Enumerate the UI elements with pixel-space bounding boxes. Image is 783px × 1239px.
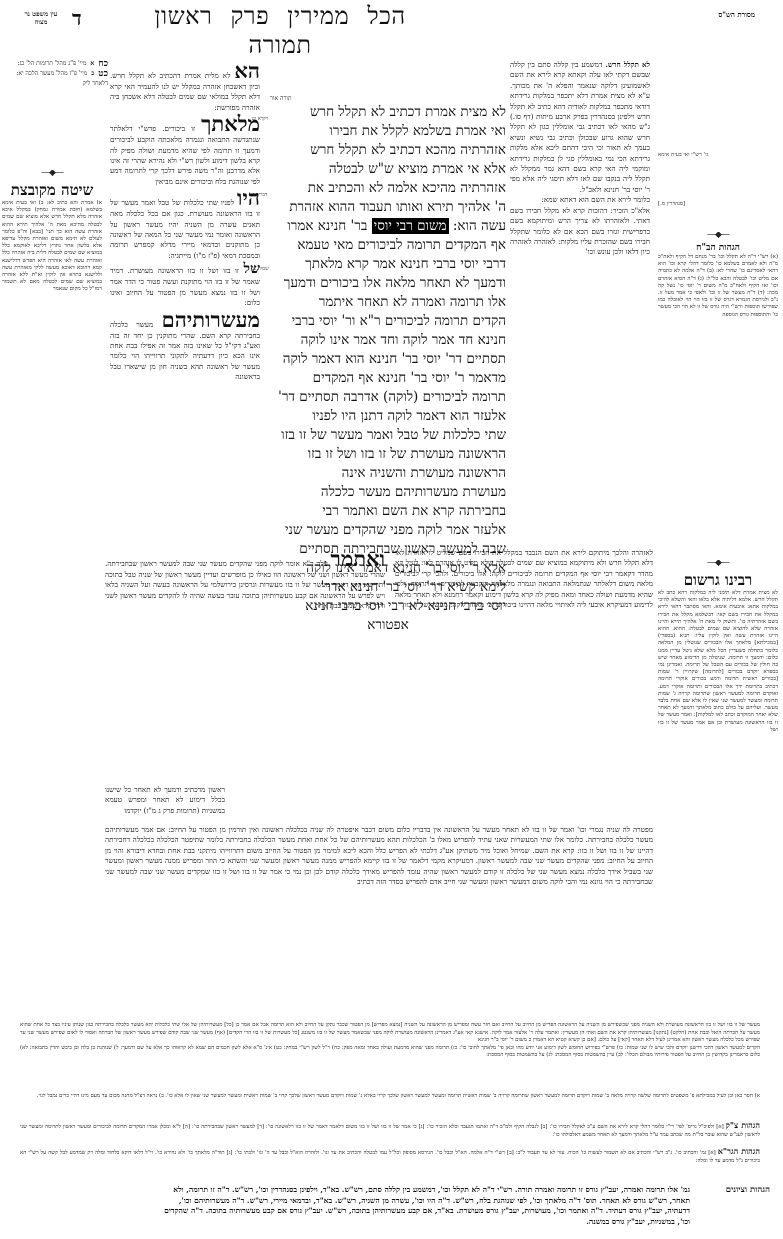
gemara-line: תרומה לביכורים (לוקה) אדרבה תסתיים דר' [270,388,506,407]
page-title: הכל ממירין פרק ראשון תמורה [150,2,410,60]
section-title: רבינו גרשום [658,570,778,590]
gemara-line: שתי כלכלות של טבל ואמר מעשר של זו בזו [270,426,506,445]
highlighted-text[interactable]: משום רבי יוסי [372,218,449,234]
hagahot-line: דדעתיה, יעב"ץ גורס דעתיד. ד"ה ואתמר וכו'… [100,1206,690,1217]
daf-letter: ד [72,6,82,31]
hagahot-gra: הגהות הגר"א [א] גמ' והכתיב כו'. נ"ב רש"י… [20,1148,760,1170]
rashi-column: לא תקלל חרש. דמשמע בין קללה סתם בין קללה… [510,60,650,545]
hagahot-gra-label: הגהות הגר"א [718,1148,760,1156]
masoret-note: גי' רש"י ואי בעית אימא [658,152,768,158]
rashi-wide-continued: מפטרה לה שניה נגמרי וכו' ואמר של זו בזו … [105,825,653,1020]
shita-mekubetzet: —◆— שיטה מקובצת א) אמרת והא כתיב לא: ב) … [2,170,102,540]
gemara-line: דרבי יוסי ברבי חנינא אמר קרא מלאתך [270,255,506,274]
bach-text: (א) רש"י ד"ה לא תקלל וכו' בר' מנחם דל הק… [658,254,778,319]
gemara-line: לא מצית אמרת דכתיב לא תקלל חרש [270,103,506,122]
hagahot-habach: —◆— הגהות הב"ח (א) רש"י ד"ה לא תקלל וכו'… [658,232,778,532]
tosafot-dh: מלאתך [201,111,260,136]
hagahot-tzk-label: הגהות צ"ק [726,1122,760,1130]
hagahot-tzk: הגהות צ"ק [א] ולפיכ"ל גריס' לפי' רי"י כל… [20,1122,760,1142]
tosafot-column: הא לא מלית אמרת דהכתיב לא תקלל חרש. וכיו… [110,60,260,545]
ein-mishpat-header: עין משפט נר מצוה [22,10,60,26]
torah-or-label: תורה אור [270,95,506,103]
tosafot-dh: הא [234,60,260,83]
gemara-line: מדאמר ר' יוסי בר' חנינא אף המקדים [270,369,506,388]
ornament-divider: —◆— [2,170,102,180]
tosafot-dh: מעשרותיהם [162,307,260,332]
gemara-line: אזהרתיה מהכא דכתיב לא תקלל חרש [270,141,506,160]
gemara-line: אלו תרומה ואמרה לא תאחר איתמר [270,293,506,312]
gemara-line: אף המקדים תרומה לביכורים מאי טעמא [270,236,506,255]
gemara-line: אזהרתיה מהיכא אלמה לא והכתיב את [270,179,506,198]
ornament-divider: —◆— [658,560,778,570]
footnotes-block-2: א) חסר כאן וכן לעיל במכילתא פ' משפטים לת… [20,1093,760,1115]
ornament-divider: —◆— [658,232,778,242]
verse-source-note: דברים י [250,192,270,198]
gemara-line: הקדים תרומה לביכורים ר"א ור' יוסי ברבי [270,312,506,331]
verse-source-note: ויקרא יט [250,116,270,122]
ein-mishpat-entry: כח א מיי' פ"ג מהל' תרומות הל' כג: [8,60,108,68]
tosafot-side-note: ראשון מדכתיב ודמעך לא תאחר כל שישנו בכלל… [105,785,225,825]
gershom-text: לא מצית אמרת דלא תימני ליה במלקות דהא כת… [658,590,778,734]
rashi-dh: לא תקלל חרש. [605,60,650,69]
rashi-continued: לאזהרה והלכך מיתוקם לירא את השם הנכבד במ… [395,548,653,788]
section-title: שיטה מקובצת [2,180,102,200]
hagahot-vtziyunim-label: הגהות וציונים [700,1185,770,1196]
masoret-hashas-header: מסורת הש"ס [718,10,755,19]
gemara-line: ודמעך לא תאחר מלאה אלו ביכורים ודמעך [270,274,506,293]
gemara-line: חנינא חד אמר לוקה וחד אמר אינו לוקה [270,331,506,350]
gemara-line: ואי אמרת בשלמא לקלל את חבירו [270,122,506,141]
ein-mishpat-entry: כט ב מיי' פ"ז מהל' מעשר הלכה יא: [8,70,108,78]
verse-source-note: שמות כב [250,266,270,272]
masoret-note: [סנהדרין ס.] [658,201,768,207]
gemara-line: הראשונה מעושרת והשניה אינה [270,464,506,483]
hagahot-line: וכו', במשניות, יעב"ץ גורס במשנה. [100,1217,690,1228]
hagahot-line: תאחר, רש"ש גורס לא תאחר. תוס' ד"ה מלאתך … [100,1196,690,1207]
gemara-line: תסתיים דר' יוסי בר' חנינא הוא דאמר לוקה [270,350,506,369]
gemara-line: עשה הוא: משום רבי יוסי בר' חנינא אמרו [270,217,506,236]
gemara-line: אלא אי אמרת מוציא ש"ש לבטלה [270,160,506,179]
gemara-line: אלעזר אמר לוקה מפני שהקדים מעשר שני [270,521,506,540]
tosafot-dh: ואתמר [331,548,385,571]
section-title: הגהות הב"ח [658,242,778,254]
gemara-line: מעושרת מעשרותיהם מעשר כלכלה [270,483,506,502]
gemara-line: אלעזר הוא דאמר לוקה דתנן היו לפניו [270,407,506,426]
gemara-line: בחבירתה קרא את השם ואתמר רבי [270,502,506,521]
rabbeinu-gershom: —◆— רבינו גרשום לא מצית אמרת דלא תימני ל… [658,560,778,1030]
gemara-line: ה' אלהיך תירא ואותו תעבוד ההוא אזהרת [270,198,506,217]
hagahot-line: גמ' אלו תרומה ואמרה, יעב"ץ גורס זו תרומה… [100,1185,690,1196]
tosafot-continued: ואתמר עלה ר"א אומר לוקה מפני שהקדים מעשר… [105,548,385,788]
shita-text: א) אמרת והא כתיב לא: ב) ואי בעית אימא בש… [2,200,102,294]
gemara-line: הראשונה מעושרת של זו בזו ושל זו בזו [270,445,506,464]
hagahot-vtziyunim: הגהות וציונים גמ' אלו תרומה ואמרה, יעב"ץ… [100,1185,770,1227]
ein-mishpat-note: דלאחר ליק [8,80,108,88]
footnotes-block-1: מעשר של זו בזו ושל זו בזו הראשונה מעושרת… [20,1022,760,1072]
ein-mishpat: כח א מיי' פ"ג מהל' תרומות הל' כג: כט ב מ… [8,60,108,88]
